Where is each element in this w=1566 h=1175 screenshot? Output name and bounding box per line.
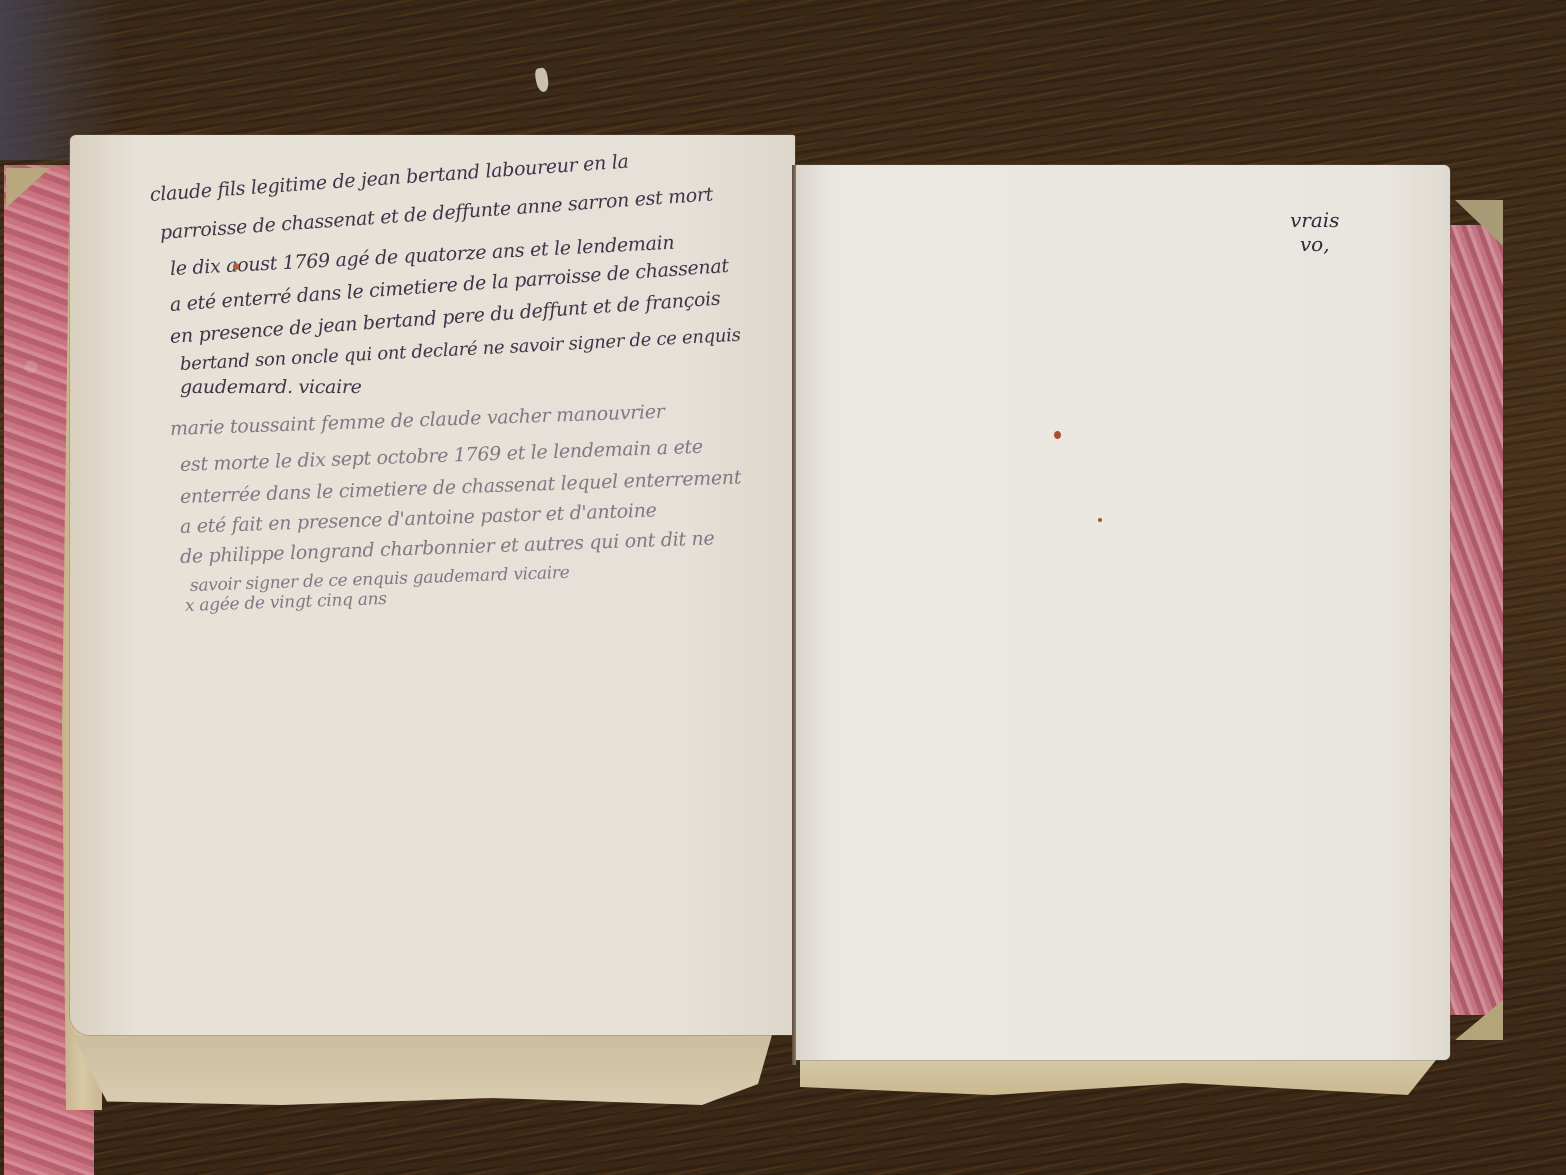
cover-corner-bottom-right — [1455, 1000, 1503, 1040]
folio-note: vrais vo, — [1290, 208, 1339, 256]
ink-stain — [233, 263, 239, 270]
folio-note-line-1: vrais — [1290, 208, 1339, 232]
rust-stain-small — [1098, 518, 1102, 522]
right-page — [795, 165, 1450, 1060]
folio-note-line-2: vo, — [1290, 232, 1339, 256]
right-page-stack-bottom — [800, 1055, 1440, 1095]
entry-1-line-7: gaudemard. vicaire — [180, 376, 362, 398]
cover-corner-top-left — [6, 168, 50, 208]
cover-corner-top-right — [1455, 200, 1503, 246]
desk-wood-chip — [534, 67, 550, 93]
book-gutter — [792, 165, 796, 1065]
left-page-stack-bottom — [72, 1035, 772, 1105]
rust-stain — [1054, 431, 1061, 439]
